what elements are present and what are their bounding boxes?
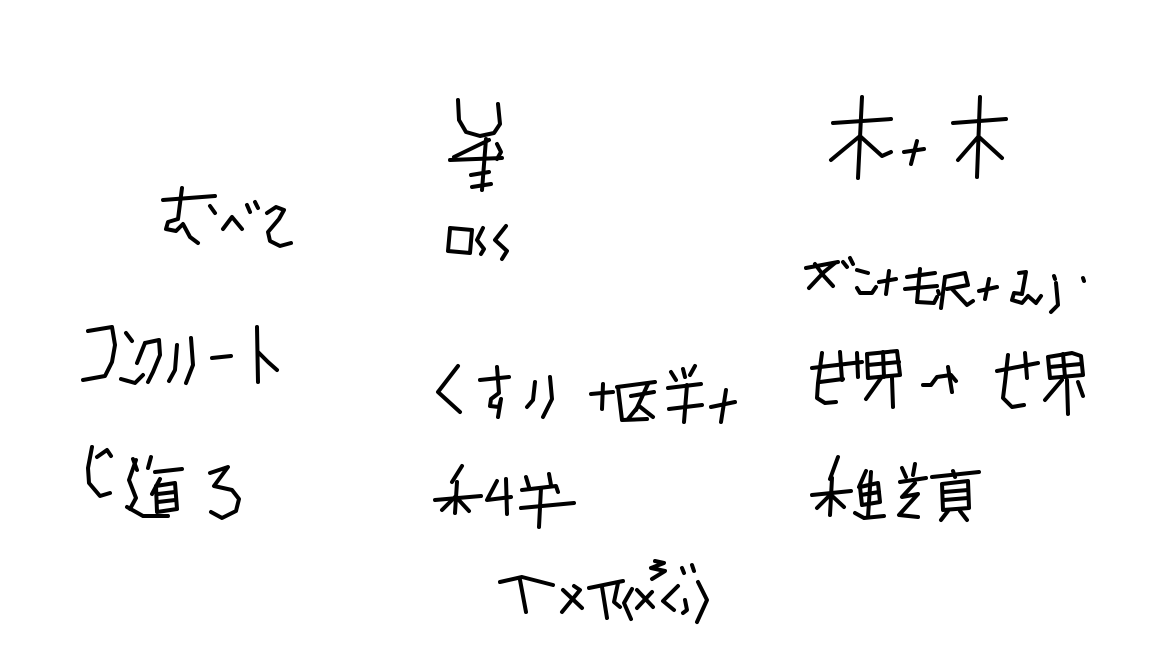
pen-stroke xyxy=(979,137,1002,158)
pen-stroke xyxy=(817,353,836,403)
pen-stroke xyxy=(948,367,952,392)
pen-stroke xyxy=(857,270,868,273)
pen-stroke xyxy=(497,144,501,159)
pen-stroke xyxy=(148,457,151,468)
pen-stroke xyxy=(831,495,844,507)
pen-stroke xyxy=(817,495,830,508)
pen-stroke xyxy=(223,217,242,229)
pen-stroke xyxy=(857,353,858,377)
pen-stroke xyxy=(868,472,871,517)
pen-stroke xyxy=(697,582,707,622)
pen-stroke xyxy=(527,382,535,407)
pen-stroke xyxy=(137,343,145,363)
pen-stroke xyxy=(212,356,231,358)
handwriting-to-doro xyxy=(88,447,239,518)
pen-stroke xyxy=(692,565,694,571)
pen-stroke xyxy=(1045,380,1062,400)
pen-stroke xyxy=(210,206,215,213)
pen-stroke xyxy=(1078,382,1083,396)
pen-stroke xyxy=(1003,355,1024,407)
pen-stroke xyxy=(158,500,175,502)
pen-stroke xyxy=(97,450,111,457)
pen-stroke xyxy=(886,271,889,294)
pen-stroke xyxy=(210,467,239,518)
drawing-svg[interactable] xyxy=(0,0,1152,648)
pen-stroke xyxy=(683,600,687,613)
pen-stroke xyxy=(158,492,175,494)
pen-stroke xyxy=(651,561,665,579)
pen-stroke xyxy=(520,580,526,612)
pen-stroke xyxy=(438,366,460,412)
pen-stroke xyxy=(1050,364,1081,367)
pen-stroke xyxy=(1051,283,1058,312)
pen-stroke xyxy=(255,202,258,208)
pen-stroke xyxy=(857,287,876,293)
pen-stroke xyxy=(490,367,501,417)
pen-stroke xyxy=(997,363,1038,371)
pen-stroke xyxy=(953,471,955,477)
pen-stroke xyxy=(900,478,926,482)
pen-stroke xyxy=(121,375,143,383)
pen-stroke xyxy=(944,490,968,492)
pen-stroke xyxy=(521,503,574,508)
handwriting-hitsuji xyxy=(450,100,502,190)
handwriting-kagaku xyxy=(435,466,574,527)
handwriting-kako-kegawa-mi xyxy=(806,258,1084,312)
handwriting-ozuko xyxy=(163,188,291,246)
pen-stroke xyxy=(163,196,215,200)
pen-stroke xyxy=(1083,278,1084,281)
pen-stroke xyxy=(628,408,637,419)
handwriting-kusuri-igaku xyxy=(438,366,735,422)
pen-stroke xyxy=(868,362,899,365)
pen-stroke xyxy=(960,511,967,520)
handwriting-t-me-t-kuguri xyxy=(500,561,707,622)
pen-stroke xyxy=(145,340,160,382)
pen-stroke xyxy=(684,385,687,422)
pen-stroke xyxy=(169,345,177,381)
pen-stroke xyxy=(472,184,491,187)
pen-stroke xyxy=(941,277,945,308)
pen-stroke xyxy=(682,568,684,573)
pen-stroke xyxy=(448,228,472,253)
pen-stroke xyxy=(1054,276,1055,279)
pen-stroke xyxy=(843,262,847,267)
handwriting-sekai-to-sekai xyxy=(812,351,1083,414)
drawing-canvas[interactable] xyxy=(0,0,1152,648)
pen-stroke xyxy=(471,172,489,175)
pen-stroke xyxy=(495,226,507,259)
pen-stroke xyxy=(850,258,853,264)
pen-stroke xyxy=(721,390,726,422)
pen-stroke xyxy=(1028,296,1041,303)
pen-stroke xyxy=(902,468,906,477)
pen-stroke xyxy=(624,589,632,619)
pen-stroke xyxy=(247,205,250,212)
pen-stroke xyxy=(945,273,968,289)
pen-stroke xyxy=(450,158,502,160)
pen-stroke xyxy=(1012,272,1028,303)
pen-stroke xyxy=(831,136,860,160)
handwriting-shurui xyxy=(812,457,979,520)
pen-stroke xyxy=(543,377,552,417)
pen-stroke xyxy=(899,483,918,517)
pen-stroke xyxy=(892,378,893,407)
pen-stroke xyxy=(866,378,881,399)
pen-stroke xyxy=(267,207,291,246)
pen-stroke xyxy=(458,100,500,136)
pen-stroke xyxy=(671,372,676,380)
pen-stroke xyxy=(669,405,702,409)
pen-stroke xyxy=(941,511,948,520)
pen-stroke xyxy=(129,460,136,509)
pen-stroke xyxy=(690,366,695,375)
pen-stroke xyxy=(480,377,509,380)
pen-stroke xyxy=(126,333,132,341)
pen-stroke xyxy=(840,352,842,380)
pen-stroke xyxy=(155,469,182,472)
pen-stroke xyxy=(602,587,607,618)
pen-stroke xyxy=(944,498,968,500)
pen-stroke xyxy=(905,286,937,289)
pen-stroke xyxy=(942,481,969,510)
pen-stroke xyxy=(639,406,653,417)
pen-stroke xyxy=(683,369,685,377)
pen-stroke xyxy=(526,477,529,487)
pen-stroke xyxy=(258,352,277,370)
pen-stroke xyxy=(602,384,603,409)
pen-stroke xyxy=(820,379,843,382)
handwriting-ki-plus-ki xyxy=(831,97,1006,178)
pen-stroke xyxy=(913,464,915,475)
pen-stroke xyxy=(958,137,978,160)
pen-stroke xyxy=(186,338,193,383)
pen-stroke xyxy=(663,586,678,610)
pen-stroke xyxy=(614,583,620,607)
pen-stroke xyxy=(861,137,891,156)
handwriting-konkurito xyxy=(83,327,277,383)
pen-stroke xyxy=(830,457,838,479)
handwriting-ro-ku-ku xyxy=(448,226,507,259)
pen-stroke xyxy=(668,384,701,388)
pen-stroke xyxy=(1067,380,1068,414)
pen-stroke xyxy=(83,327,115,380)
pen-stroke xyxy=(452,466,462,482)
pen-stroke xyxy=(985,279,989,299)
pen-stroke xyxy=(506,479,507,514)
pen-stroke xyxy=(1025,353,1027,378)
pen-stroke xyxy=(938,291,939,294)
pen-stroke xyxy=(500,577,553,585)
pen-stroke xyxy=(952,289,973,305)
pen-stroke xyxy=(156,483,177,512)
pen-stroke xyxy=(549,474,551,485)
pen-stroke xyxy=(482,139,486,190)
pen-stroke xyxy=(477,228,484,254)
